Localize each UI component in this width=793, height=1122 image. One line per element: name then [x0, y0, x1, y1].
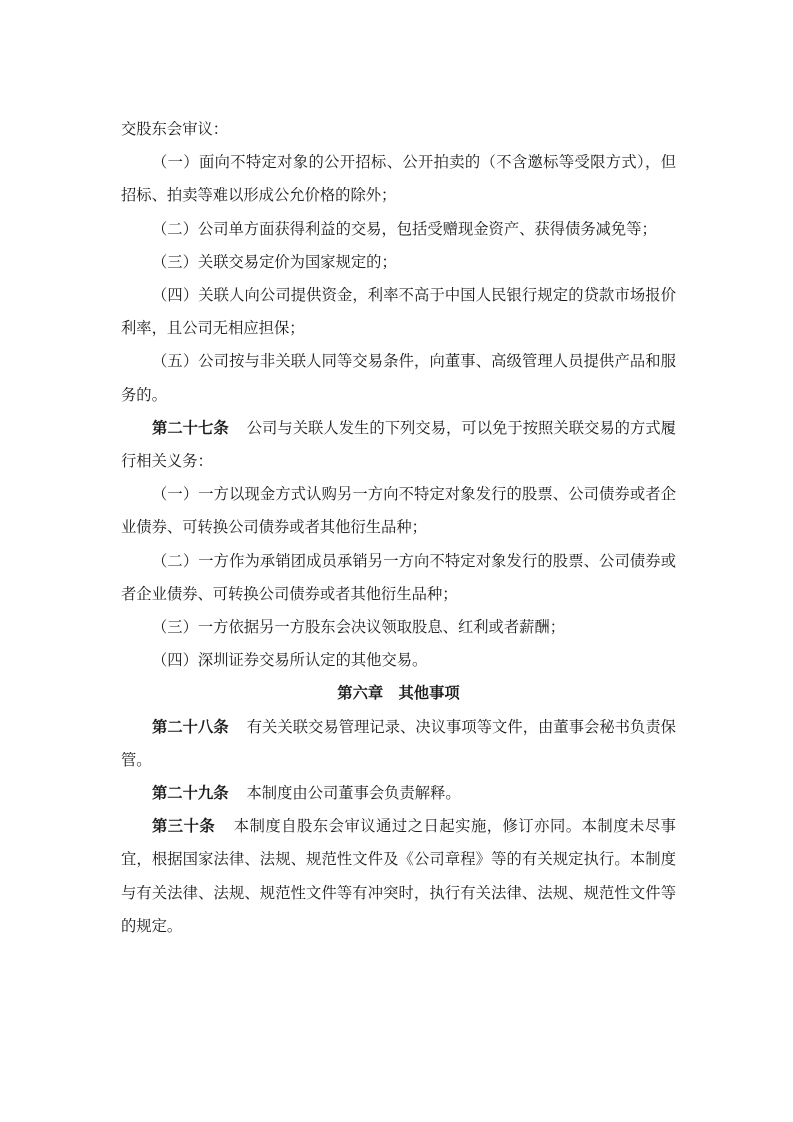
article-28: 第二十八条有关关联交易管理记录、决议事项等文件，由董事会秘书负责保管。 [121, 711, 676, 777]
article-29-text: 本制度由公司董事会负责解释。 [247, 784, 461, 802]
article-29: 第二十九条本制度由公司董事会负责解释。 [121, 777, 676, 810]
article-30: 第三十条本制度自股东会审议通过之日起实施，修订亦同。本制度未尽事宜，根据国家法律… [121, 810, 676, 943]
art27-item-2: （二）一方作为承销团成员承销另一方向不特定对象发行的股票、公司债券或者企业债券、… [121, 545, 676, 611]
article-29-label: 第二十九条 [152, 784, 229, 802]
art26-item-4: （四）关联人向公司提供资金，利率不高于中国人民银行规定的贷款市场报价利率，且公司… [121, 279, 676, 345]
chapter-6-heading: 第六章 其他事项 [121, 677, 676, 710]
article-27: 第二十七条公司与关联人发生的下列交易，可以免于按照关联交易的方式履行相关义务： [121, 412, 676, 478]
art26-item-5: （五）公司按与非关联人同等交易条件，向董事、高级管理人员提供产品和服务的。 [121, 345, 676, 411]
article-27-label: 第二十七条 [152, 419, 229, 437]
article-28-label: 第二十八条 [152, 718, 229, 736]
art26-item-1: （一）面向不特定对象的公开招标、公开拍卖的（不含邀标等受限方式），但招标、拍卖等… [121, 146, 676, 212]
art27-item-1: （一）一方以现金方式认购另一方向不特定对象发行的股票、公司债券或者企业债券、可转… [121, 478, 676, 544]
continuation-text: 交股东会审议： [121, 113, 676, 146]
art27-item-4: （四）深圳证券交易所认定的其他交易。 [121, 644, 676, 677]
art26-item-2: （二）公司单方面获得利益的交易，包括受赠现金资产、获得债务减免等； [121, 213, 676, 246]
art27-item-3: （三）一方依据另一方股东会决议领取股息、红利或者薪酬； [121, 611, 676, 644]
art26-item-3: （三）关联交易定价为国家规定的； [121, 246, 676, 279]
article-30-label: 第三十条 [152, 817, 215, 835]
document-page: 交股东会审议： （一）面向不特定对象的公开招标、公开拍卖的（不含邀标等受限方式）… [121, 113, 676, 943]
